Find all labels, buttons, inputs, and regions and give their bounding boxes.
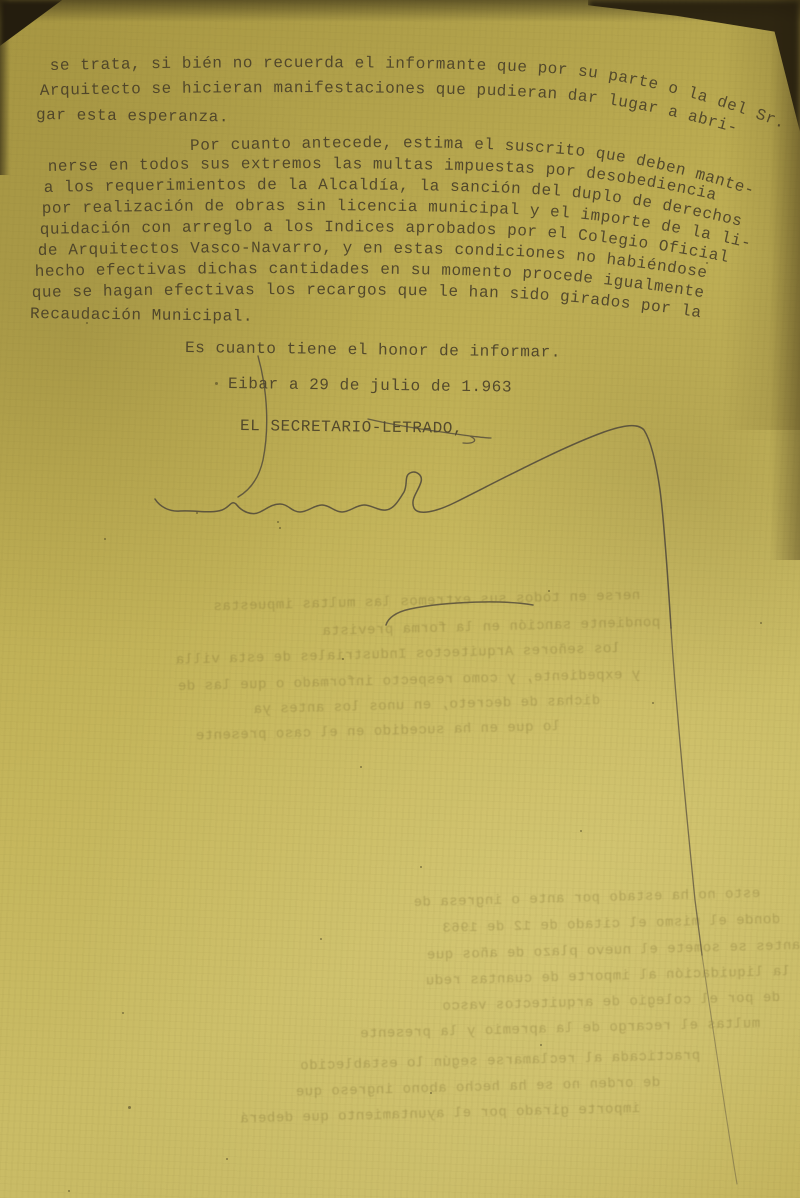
typewritten-line-closing: Es cuanto tiene el honor de informar.	[185, 339, 561, 362]
signature-stroke-main-flourish	[155, 426, 671, 628]
signature-stroke-flourish-tail-upper	[671, 628, 702, 955]
paper-speck	[86, 322, 88, 324]
paper-speck	[226, 1158, 228, 1160]
paper-speck	[420, 866, 422, 868]
typewritten-line-body: Recaudación Municipal.	[30, 305, 253, 326]
paper-speck	[760, 622, 762, 624]
paper-speck	[342, 658, 344, 660]
signature-stroke-flourish-tail-lower	[702, 955, 737, 1184]
typewritten-text-block: se trata, si bién no recuerda el informa…	[30, 54, 788, 438]
paper-speck	[540, 1044, 542, 1046]
paper-speck	[68, 1190, 70, 1192]
paper-speck	[104, 538, 106, 540]
paper-speck	[279, 527, 281, 529]
paper-speck	[706, 262, 708, 264]
paper-speck	[122, 1012, 124, 1014]
paper-speck	[128, 1106, 131, 1109]
paper-speck	[580, 830, 582, 832]
typewritten-line-dateline: Eibar a 29 de julio de 1.963	[228, 375, 512, 397]
typewritten-line-signature-title: EL SECRETARIO-LETRADO,	[240, 417, 463, 438]
signature-stroke-underline-swoosh	[386, 602, 533, 625]
paper-speck	[652, 702, 654, 704]
paper-speck	[277, 521, 279, 523]
paper-speck	[196, 512, 198, 514]
typewritten-line-body: gar esta esperanza.	[36, 106, 229, 126]
handwritten-signature	[155, 356, 737, 1184]
paper-speck	[320, 938, 322, 940]
document-page: se trata, si bién no recuerda el informa…	[0, 0, 800, 1198]
paper-speck	[430, 1092, 432, 1094]
paper-speck	[40, 246, 42, 248]
paper-speck	[360, 766, 362, 768]
ink-layer: se trata, si bién no recuerda el informa…	[0, 0, 800, 1198]
paper-speck	[215, 382, 218, 385]
paper-speck	[548, 590, 550, 592]
